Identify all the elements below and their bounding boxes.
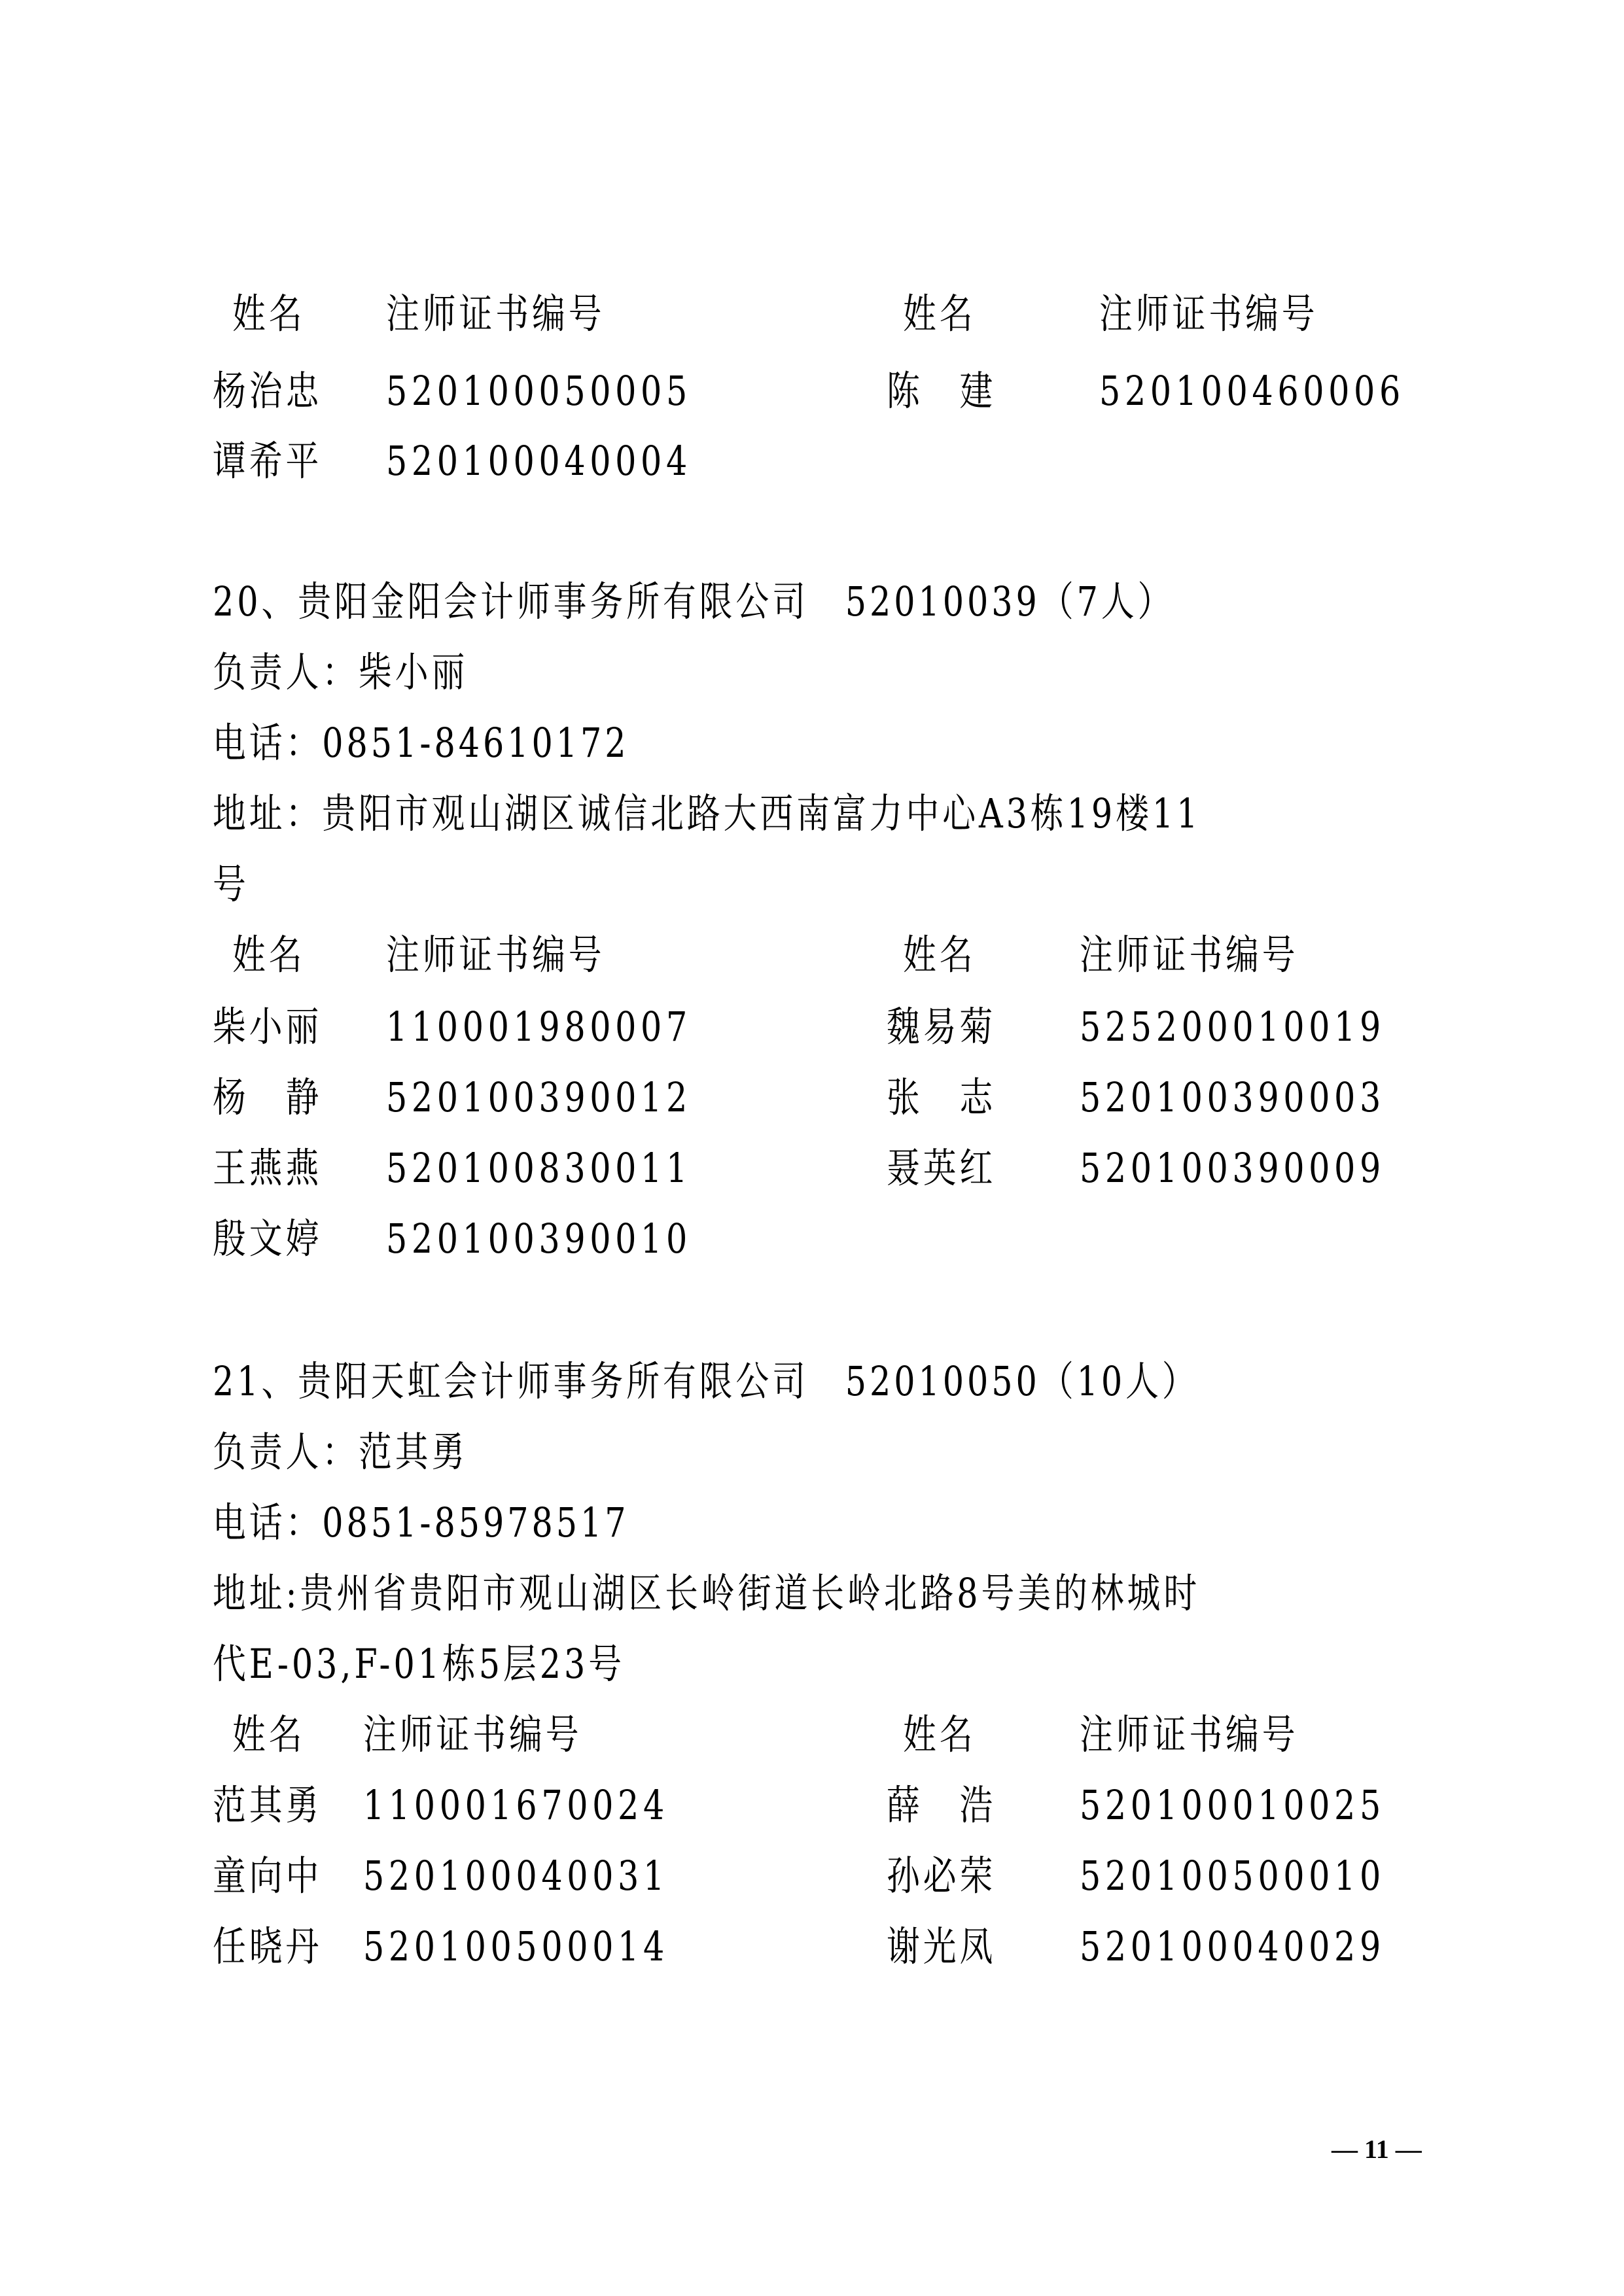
member-cert: 110001980007 xyxy=(386,1001,692,1053)
member-cert: 520100050005 xyxy=(386,365,692,417)
column-header-cert: 注师证书编号 xyxy=(1080,929,1299,981)
member-cert: 110001670024 xyxy=(363,1779,669,1832)
member-name: 任晓丹 xyxy=(213,1921,322,1973)
firm-address: 地址:贵州省贵阳市观山湖区长岭街道长岭北路8号美的林城时 xyxy=(213,1567,1200,1620)
member-name: 谭希平 xyxy=(213,435,322,487)
member-cert: 520100390003 xyxy=(1080,1071,1385,1124)
member-cert: 520100830011 xyxy=(386,1142,692,1194)
member-cert: 520100010025 xyxy=(1080,1779,1385,1832)
member-name: 张 志 xyxy=(887,1071,996,1124)
firm-phone: 电话：0851-85978517 xyxy=(213,1497,629,1549)
member-cert: 525200010019 xyxy=(1080,1001,1385,1053)
column-header-cert: 注师证书编号 xyxy=(363,1709,582,1761)
member-name: 殷文婷 xyxy=(213,1213,322,1265)
member-cert: 520100040004 xyxy=(386,435,692,487)
column-header-name: 姓名 xyxy=(232,1709,306,1761)
member-name: 童向中 xyxy=(213,1850,322,1902)
member-name: 谢光凤 xyxy=(887,1921,996,1973)
member-cert: 520100390012 xyxy=(386,1071,692,1124)
member-name: 范其勇 xyxy=(213,1779,322,1832)
firm-title: 20、贵阳金阳会计师事务所有限公司 52010039（7人） xyxy=(213,576,1174,628)
member-cert: 520100040031 xyxy=(363,1850,669,1902)
member-name: 魏易菊 xyxy=(887,1001,996,1053)
column-header-cert: 注师证书编号 xyxy=(386,288,605,340)
firm-head: 负责人：范其勇 xyxy=(213,1426,468,1478)
member-cert: 520100500010 xyxy=(1080,1850,1385,1902)
firm-address: 地址：贵阳市观山湖区诚信北路大西南富力中心A3栋19楼11 xyxy=(213,788,1201,840)
column-header-name: 姓名 xyxy=(232,929,306,981)
member-name: 杨 静 xyxy=(213,1071,322,1124)
column-header-name: 姓名 xyxy=(903,1709,976,1761)
member-cert: 520100460006 xyxy=(1099,365,1405,417)
firm-head: 负责人：柴小丽 xyxy=(213,646,468,699)
member-name: 柴小丽 xyxy=(213,1001,322,1053)
column-header-name: 姓名 xyxy=(232,288,306,340)
member-name: 孙必荣 xyxy=(887,1850,996,1902)
member-name: 薛 浩 xyxy=(887,1779,996,1832)
member-name: 聂英红 xyxy=(887,1142,996,1194)
column-header-cert: 注师证书编号 xyxy=(386,929,605,981)
member-name: 杨治忠 xyxy=(213,365,322,417)
column-header-name: 姓名 xyxy=(903,288,976,340)
firm-title: 21、贵阳天虹会计师事务所有限公司 52010050（10人） xyxy=(213,1355,1199,1408)
member-name: 陈 建 xyxy=(887,365,996,417)
member-cert: 520100500014 xyxy=(363,1921,669,1973)
firm-address-cont: 号 xyxy=(213,858,249,911)
member-cert: 520100390010 xyxy=(386,1213,692,1265)
member-cert: 520100040029 xyxy=(1080,1921,1385,1973)
page-number: — 11 — xyxy=(1332,2134,1422,2165)
column-header-name: 姓名 xyxy=(903,929,976,981)
column-header-cert: 注师证书编号 xyxy=(1099,288,1318,340)
member-name: 王燕燕 xyxy=(213,1142,322,1194)
member-cert: 520100390009 xyxy=(1080,1142,1385,1194)
firm-phone: 电话：0851-84610172 xyxy=(213,717,629,769)
column-header-cert: 注师证书编号 xyxy=(1080,1709,1299,1761)
firm-address-cont: 代E-03,F-01栋5层23号 xyxy=(213,1638,625,1690)
